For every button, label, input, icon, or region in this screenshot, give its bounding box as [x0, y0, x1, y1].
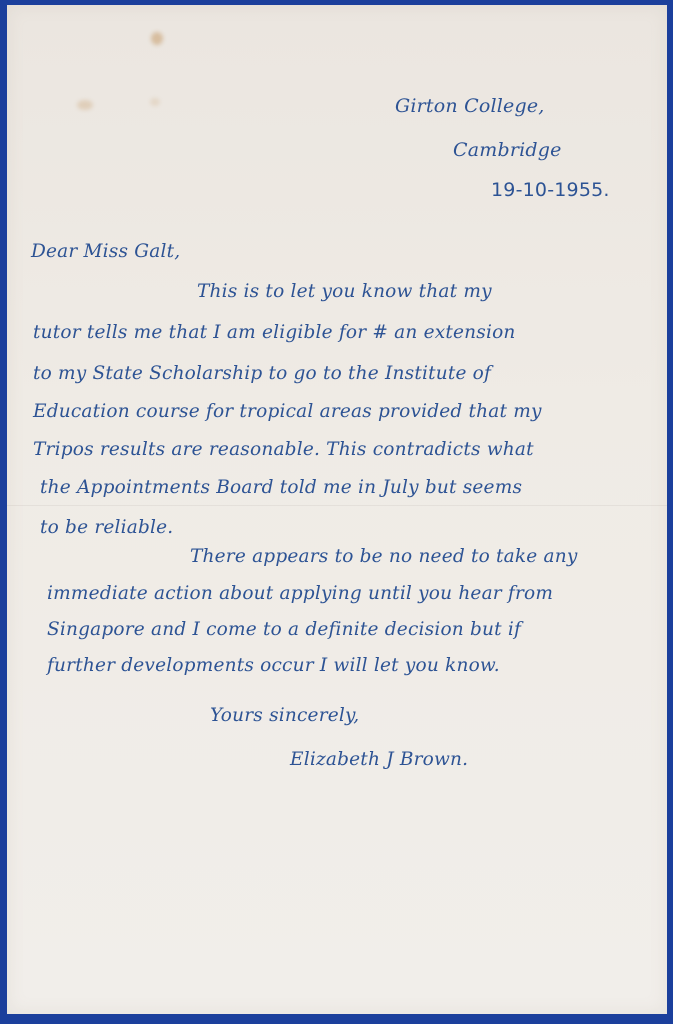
stain-mark	[151, 32, 163, 45]
paragraph-1-line: to my State Scholarship to go to the Ins…	[33, 363, 491, 384]
salutation: Dear Miss Galt,	[31, 241, 180, 262]
letter-date: 19-10-1955.	[491, 179, 610, 201]
paragraph-1-line: Tripos results are reasonable. This cont…	[33, 439, 534, 460]
stain-mark	[77, 100, 93, 110]
fold-line	[7, 505, 667, 506]
paragraph-2-line: further developments occur I will let yo…	[47, 655, 500, 676]
address-line-1: Girton College,	[395, 95, 545, 117]
stain-mark	[150, 98, 160, 106]
address-line-2: Cambridge	[453, 139, 562, 161]
paragraph-1-line: tutor tells me that I am eligible for # …	[33, 322, 516, 343]
paragraph-1-line: Education course for tropical areas prov…	[33, 401, 542, 422]
signature: Elizabeth J Brown.	[290, 749, 468, 770]
letter-paper: Girton College, Cambridge 19-10-1955. De…	[7, 5, 667, 1014]
paragraph-1-line: the Appointments Board told me in July b…	[40, 477, 522, 498]
paragraph-2-line: Singapore and I come to a definite decis…	[47, 619, 521, 640]
paragraph-2-line: immediate action about applying until yo…	[47, 583, 553, 604]
paragraph-1-line: to be reliable.	[40, 517, 173, 538]
paragraph-2-line: There appears to be no need to take any	[190, 546, 578, 567]
closing: Yours sincerely,	[210, 705, 359, 726]
paragraph-1-line: This is to let you know that my	[197, 281, 492, 302]
